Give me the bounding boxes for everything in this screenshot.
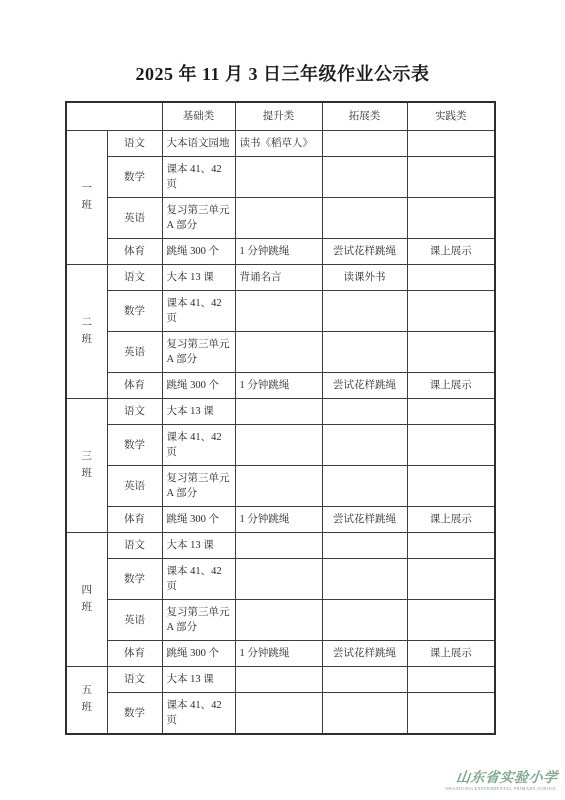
class-label: 一班: [82, 181, 93, 215]
homework-cell: [322, 425, 407, 466]
subject-cell: 体育: [107, 373, 162, 399]
table-row: 二班语文大本 13 课背诵名言读课外书: [66, 265, 495, 291]
homework-cell: 复习第三单元 A 部分: [162, 332, 235, 373]
homework-cell: [407, 198, 495, 239]
homework-cell: 跳绳 300 个: [162, 641, 235, 667]
subject-cell: 体育: [107, 507, 162, 533]
homework-cell: [322, 600, 407, 641]
homework-cell: [407, 466, 495, 507]
homework-cell: [407, 533, 495, 559]
school-logo-en-text: SHANDONG EXPERIMENTAL PRIMARY SCHOOL: [446, 787, 558, 792]
school-logo: 山东省实验小学 SHANDONG EXPERIMENTAL PRIMARY SC…: [446, 771, 558, 792]
table-row: 英语复习第三单元 A 部分: [66, 332, 495, 373]
homework-cell: [235, 533, 322, 559]
subject-cell: 数学: [107, 157, 162, 198]
table-row: 体育跳绳 300 个1 分钟跳绳尝试花样跳绳课上展示: [66, 239, 495, 265]
homework-cell: [407, 693, 495, 735]
subject-cell: 语文: [107, 131, 162, 157]
subject-cell: 语文: [107, 667, 162, 693]
homework-cell: [322, 291, 407, 332]
homework-cell: 背诵名言: [235, 265, 322, 291]
homework-cell: [235, 291, 322, 332]
homework-cell: 大本 13 课: [162, 399, 235, 425]
homework-cell: 大本 13 课: [162, 667, 235, 693]
homework-cell: 课上展示: [407, 507, 495, 533]
document-page: 2025 年 11 月 3 日三年级作业公示表 基础类 提升类 拓展类 实践类 …: [0, 0, 565, 800]
header-corner-cell: [66, 102, 162, 131]
homework-cell: [235, 466, 322, 507]
homework-cell: [322, 131, 407, 157]
table-row: 一班语文大本语文园地读书《稻草人》: [66, 131, 495, 157]
homework-cell: 1 分钟跳绳: [235, 507, 322, 533]
homework-cell: [235, 157, 322, 198]
page-title: 2025 年 11 月 3 日三年级作业公示表: [0, 0, 565, 86]
class-cell: 三班: [66, 399, 107, 533]
table-row: 英语复习第三单元 A 部分: [66, 466, 495, 507]
homework-cell: [407, 265, 495, 291]
homework-cell: 1 分钟跳绳: [235, 373, 322, 399]
header-improve: 提升类: [235, 102, 322, 131]
homework-cell: [322, 332, 407, 373]
subject-cell: 英语: [107, 198, 162, 239]
class-label: 三班: [82, 449, 93, 483]
subject-cell: 数学: [107, 693, 162, 735]
homework-cell: [322, 667, 407, 693]
homework-cell: [235, 425, 322, 466]
table-header-row: 基础类 提升类 拓展类 实践类: [66, 102, 495, 131]
table-row: 五班语文大本 13 课: [66, 667, 495, 693]
subject-cell: 英语: [107, 466, 162, 507]
homework-cell: [322, 693, 407, 735]
table-row: 英语复习第三单元 A 部分: [66, 198, 495, 239]
subject-cell: 英语: [107, 600, 162, 641]
homework-cell: 读书《稻草人》: [235, 131, 322, 157]
homework-cell: [407, 600, 495, 641]
homework-cell: [322, 157, 407, 198]
homework-cell: 复习第三单元 A 部分: [162, 466, 235, 507]
homework-cell: 复习第三单元 A 部分: [162, 600, 235, 641]
homework-cell: 复习第三单元 A 部分: [162, 198, 235, 239]
homework-cell: 尝试花样跳绳: [322, 373, 407, 399]
homework-cell: 课上展示: [407, 373, 495, 399]
table-row: 数学课本 41、42 页: [66, 559, 495, 600]
table-row: 数学课本 41、42 页: [66, 157, 495, 198]
homework-cell: [322, 198, 407, 239]
subject-cell: 体育: [107, 239, 162, 265]
homework-cell: 大本 13 课: [162, 265, 235, 291]
homework-cell: [235, 600, 322, 641]
homework-cell: [407, 131, 495, 157]
class-cell: 五班: [66, 667, 107, 735]
homework-cell: 课上展示: [407, 641, 495, 667]
homework-cell: 课本 41、42 页: [162, 425, 235, 466]
class-label: 二班: [82, 315, 93, 349]
homework-cell: [407, 332, 495, 373]
homework-cell: 1 分钟跳绳: [235, 641, 322, 667]
table-row: 数学课本 41、42 页: [66, 291, 495, 332]
homework-cell: [407, 425, 495, 466]
homework-cell: 课本 41、42 页: [162, 693, 235, 735]
subject-cell: 语文: [107, 533, 162, 559]
homework-cell: [322, 399, 407, 425]
class-cell: 四班: [66, 533, 107, 667]
homework-cell: 跳绳 300 个: [162, 373, 235, 399]
homework-cell: [407, 399, 495, 425]
subject-cell: 数学: [107, 291, 162, 332]
homework-cell: [235, 667, 322, 693]
homework-cell: 读课外书: [322, 265, 407, 291]
table-row: 数学课本 41、42 页: [66, 425, 495, 466]
homework-cell: [407, 291, 495, 332]
homework-cell: 大本 13 课: [162, 533, 235, 559]
subject-cell: 语文: [107, 265, 162, 291]
homework-cell: 课上展示: [407, 239, 495, 265]
table-row: 数学课本 41、42 页: [66, 693, 495, 735]
homework-cell: [235, 332, 322, 373]
homework-table: 基础类 提升类 拓展类 实践类 一班语文大本语文园地读书《稻草人》数学课本 41…: [65, 101, 496, 735]
subject-cell: 数学: [107, 559, 162, 600]
homework-cell: [235, 693, 322, 735]
class-label: 四班: [82, 583, 93, 617]
class-label: 五班: [82, 683, 93, 717]
header-basic: 基础类: [162, 102, 235, 131]
table-row: 体育跳绳 300 个1 分钟跳绳尝试花样跳绳课上展示: [66, 641, 495, 667]
homework-cell: 跳绳 300 个: [162, 507, 235, 533]
subject-cell: 英语: [107, 332, 162, 373]
homework-cell: [322, 559, 407, 600]
homework-cell: [235, 559, 322, 600]
table-row: 英语复习第三单元 A 部分: [66, 600, 495, 641]
table-row: 三班语文大本 13 课: [66, 399, 495, 425]
homework-cell: [235, 399, 322, 425]
header-practice: 实践类: [407, 102, 495, 131]
class-cell: 二班: [66, 265, 107, 399]
homework-cell: [407, 559, 495, 600]
class-cell: 一班: [66, 131, 107, 265]
subject-cell: 体育: [107, 641, 162, 667]
homework-cell: 大本语文园地: [162, 131, 235, 157]
homework-cell: 尝试花样跳绳: [322, 239, 407, 265]
homework-cell: 课本 41、42 页: [162, 559, 235, 600]
homework-cell: 课本 41、42 页: [162, 157, 235, 198]
subject-cell: 数学: [107, 425, 162, 466]
homework-cell: 跳绳 300 个: [162, 239, 235, 265]
homework-cell: [235, 198, 322, 239]
homework-cell: 尝试花样跳绳: [322, 641, 407, 667]
table-row: 体育跳绳 300 个1 分钟跳绳尝试花样跳绳课上展示: [66, 373, 495, 399]
homework-cell: 课本 41、42 页: [162, 291, 235, 332]
homework-cell: [322, 533, 407, 559]
homework-cell: [407, 667, 495, 693]
homework-cell: 尝试花样跳绳: [322, 507, 407, 533]
homework-cell: 1 分钟跳绳: [235, 239, 322, 265]
homework-cell: [322, 466, 407, 507]
homework-cell: [407, 157, 495, 198]
table-row: 体育跳绳 300 个1 分钟跳绳尝试花样跳绳课上展示: [66, 507, 495, 533]
subject-cell: 语文: [107, 399, 162, 425]
header-expand: 拓展类: [322, 102, 407, 131]
table-row: 四班语文大本 13 课: [66, 533, 495, 559]
school-logo-cn-text: 山东省实验小学: [445, 771, 558, 786]
